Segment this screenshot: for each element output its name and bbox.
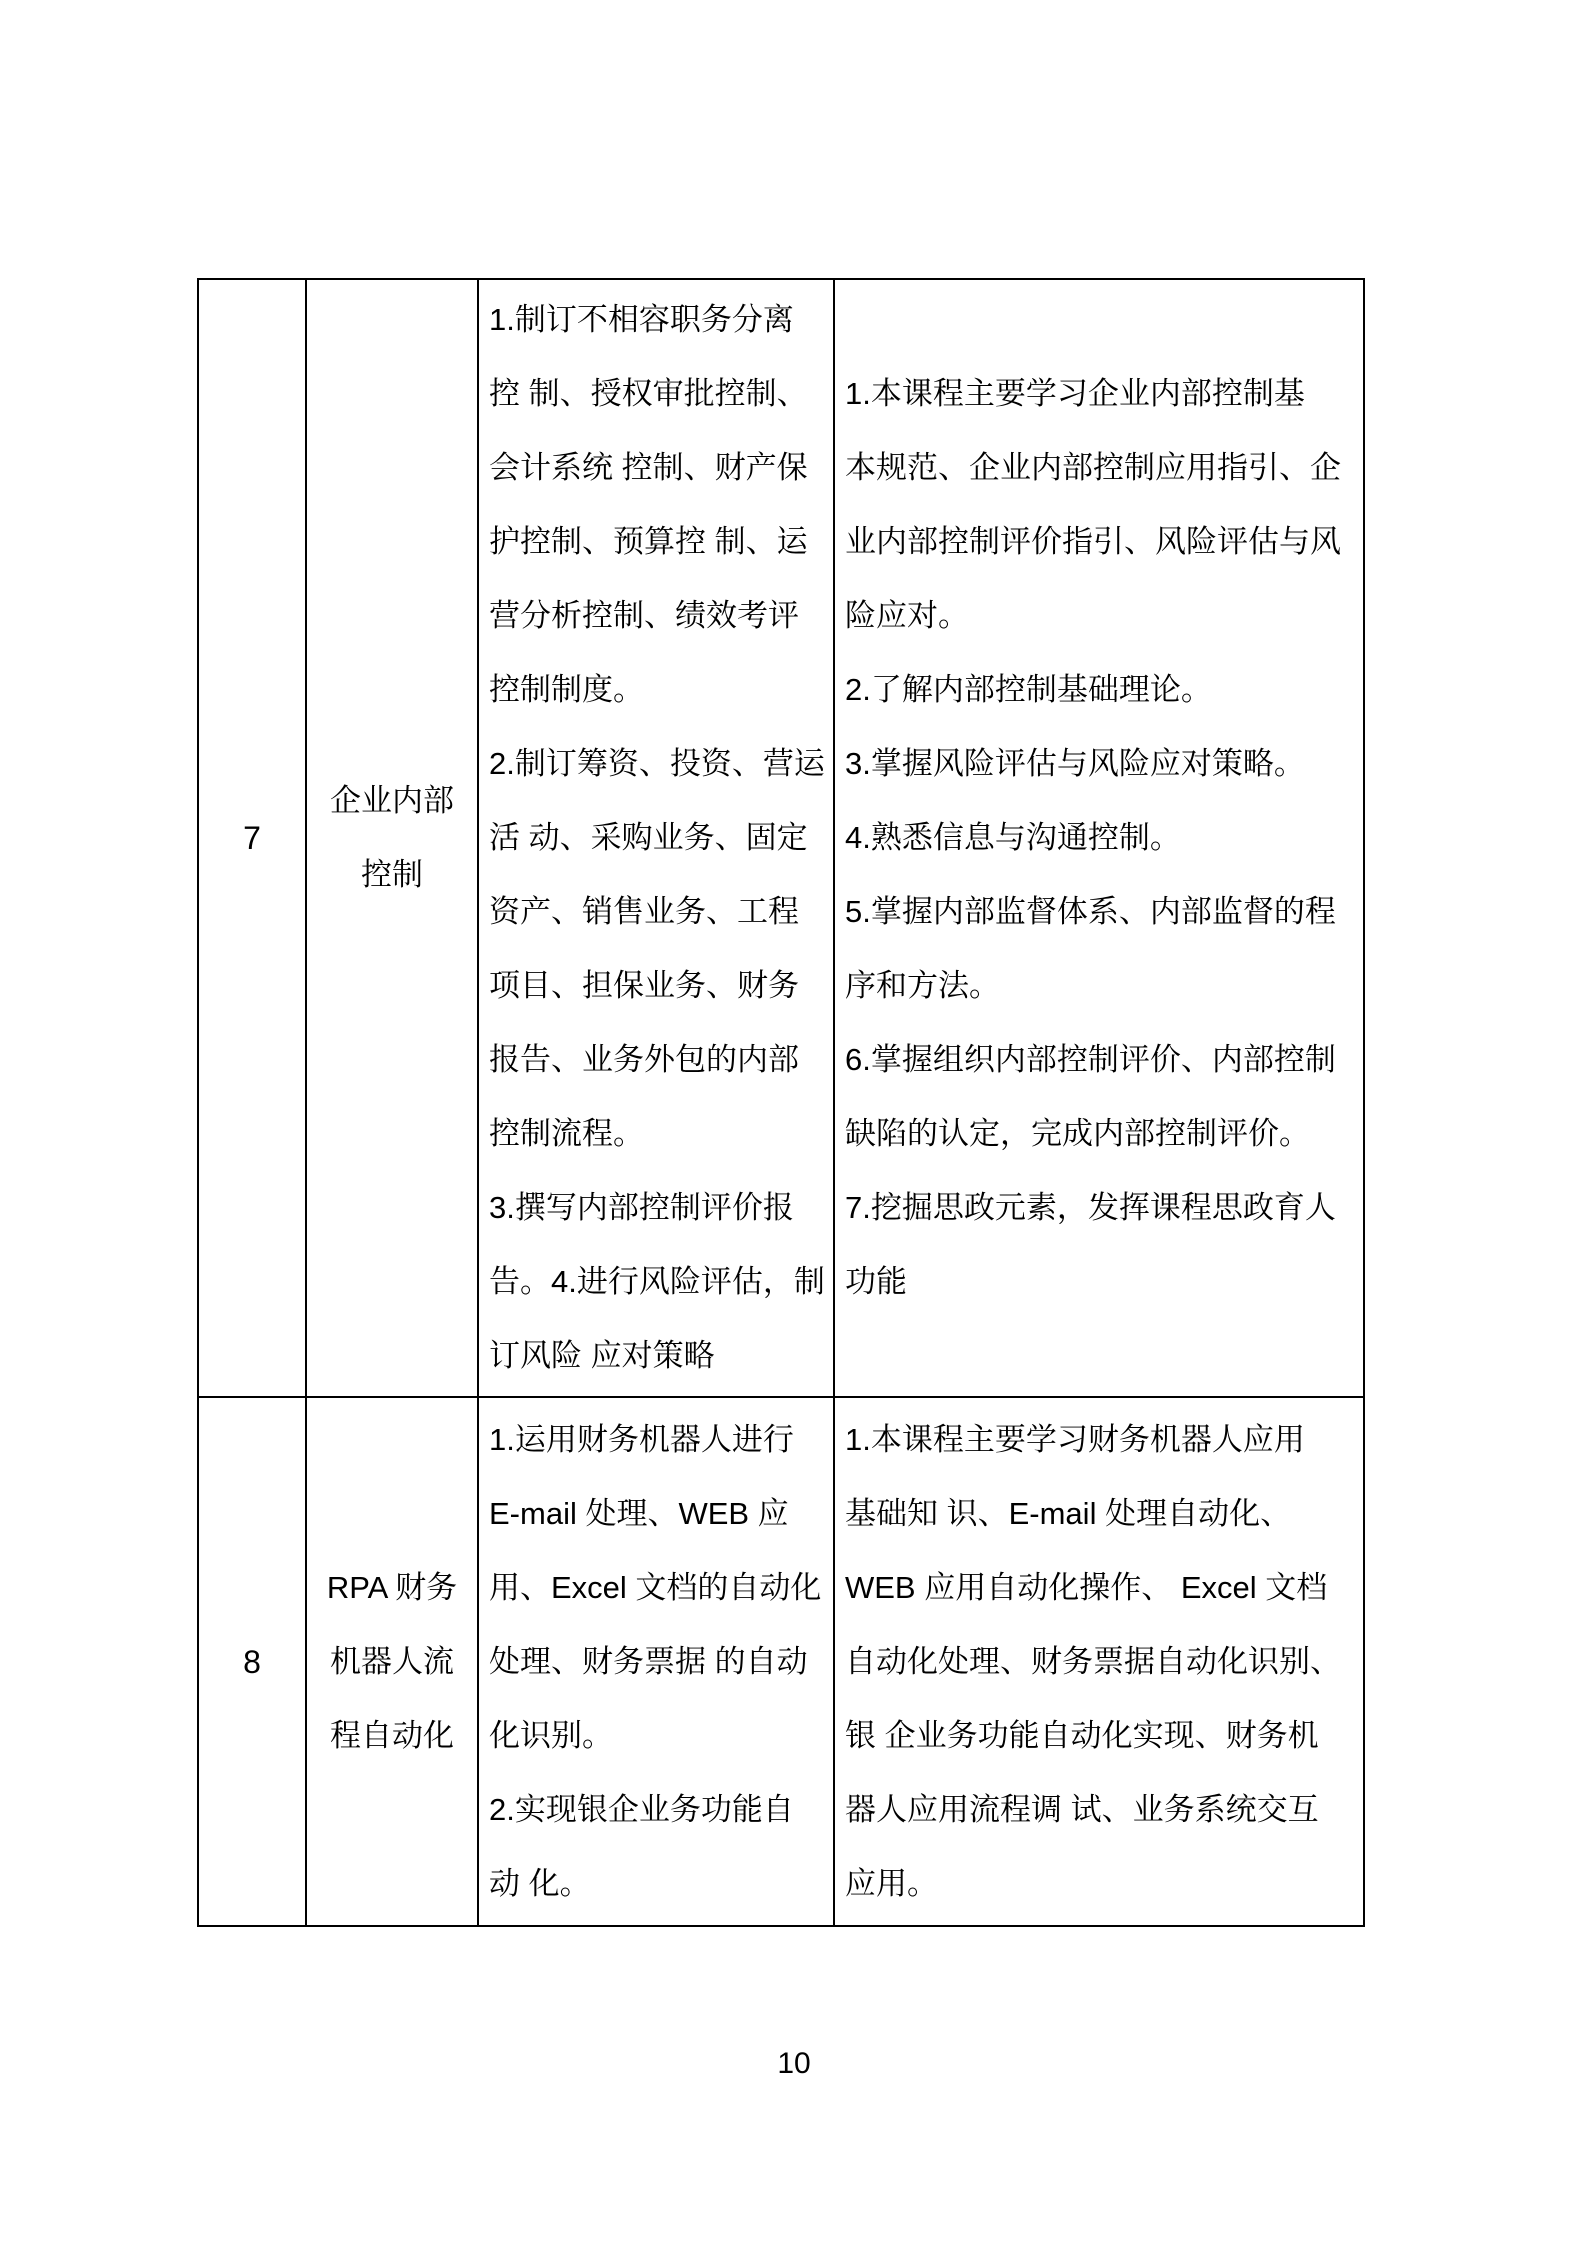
row8-course-name: RPA 财务 机器人流 程自动化 [327, 1551, 457, 1773]
row7-objectives-text: 1.本课程主要学习企业内部控制基 本规范、企业内部控制应用指引、企 业内部控制评… [845, 357, 1341, 1319]
course-table: 7 企业内部 控制 1.制订不相容职务分离 控 制、授权审批控制、 会计系统 控… [197, 278, 1365, 1927]
table-cell-row7-course: 企业内部 控制 [307, 280, 479, 1398]
row7-number: 7 [243, 801, 261, 875]
table-cell-row7-objectives: 1.本课程主要学习企业内部控制基 本规范、企业内部控制应用指引、企 业内部控制评… [835, 280, 1363, 1398]
document-page: 7 企业内部 控制 1.制订不相容职务分离 控 制、授权审批控制、 会计系统 控… [0, 0, 1588, 2245]
table-cell-row7-ability: 1.制订不相容职务分离 控 制、授权审批控制、 会计系统 控制、财产保 护控制、… [479, 280, 835, 1398]
row7-course-name: 企业内部 控制 [330, 764, 454, 912]
row7-ability-text: 1.制订不相容职务分离 控 制、授权审批控制、 会计系统 控制、财产保 护控制、… [489, 283, 825, 1393]
table-cell-row8-ability: 1.运用财务机器人进行 E-mail 处理、WEB 应 用、Excel 文档的自… [479, 1398, 835, 1925]
page-number: 10 [0, 2046, 1588, 2082]
table-cell-row7-number: 7 [199, 280, 307, 1398]
row8-objectives-text: 1.本课程主要学习财务机器人应用 基础知 识、E-mail 处理自动化、 WEB… [845, 1403, 1341, 1921]
row8-number: 8 [243, 1625, 261, 1699]
row8-ability-text: 1.运用财务机器人进行 E-mail 处理、WEB 应 用、Excel 文档的自… [489, 1403, 821, 1921]
table-cell-row8-course: RPA 财务 机器人流 程自动化 [307, 1398, 479, 1925]
table-cell-row8-number: 8 [199, 1398, 307, 1925]
table-cell-row8-objectives: 1.本课程主要学习财务机器人应用 基础知 识、E-mail 处理自动化、 WEB… [835, 1398, 1363, 1925]
